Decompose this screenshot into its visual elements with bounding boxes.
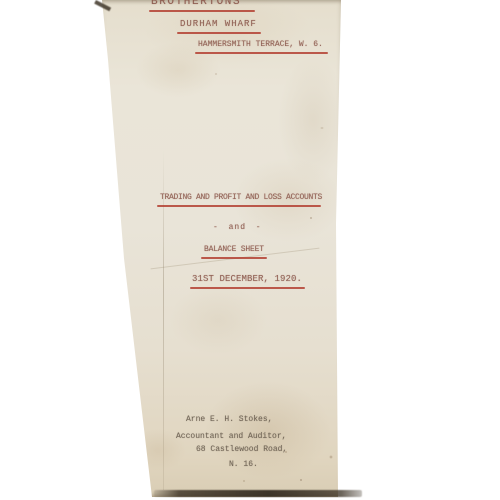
title-connector: - and - <box>213 224 262 233</box>
accountant-role: Accountant and Auditor, <box>176 433 286 442</box>
red-underline <box>177 32 261 34</box>
paper-bottom-shadow <box>154 490 362 497</box>
red-underline <box>149 10 255 12</box>
accountant-district: N. 16. <box>229 461 258 470</box>
accountant-address: 68 Castlewood Road, <box>196 446 287 455</box>
address-line-wharf: DURHAM WHARF <box>180 20 257 30</box>
red-underline <box>195 52 328 54</box>
red-underline <box>201 257 267 259</box>
title-date: 31ST DECEMBER, 1920. <box>192 275 302 285</box>
address-line-terrace: HAMMERSMITH TERRACE, W. 6. <box>198 41 323 50</box>
red-underline <box>190 287 305 289</box>
title-trading-accounts: TRADING AND PROFIT AND LOSS ACCOUNTS <box>160 194 322 203</box>
business-name: BROTHERTONS <box>151 0 241 8</box>
red-underline <box>157 205 321 207</box>
title-balance-sheet: BALANCE SHEET <box>204 246 264 255</box>
scanned-document-photo: BROTHERTONS DURHAM WHARF HAMMERSMITH TER… <box>0 0 500 500</box>
accountant-name: Arne E. H. Stokes, <box>186 416 272 425</box>
